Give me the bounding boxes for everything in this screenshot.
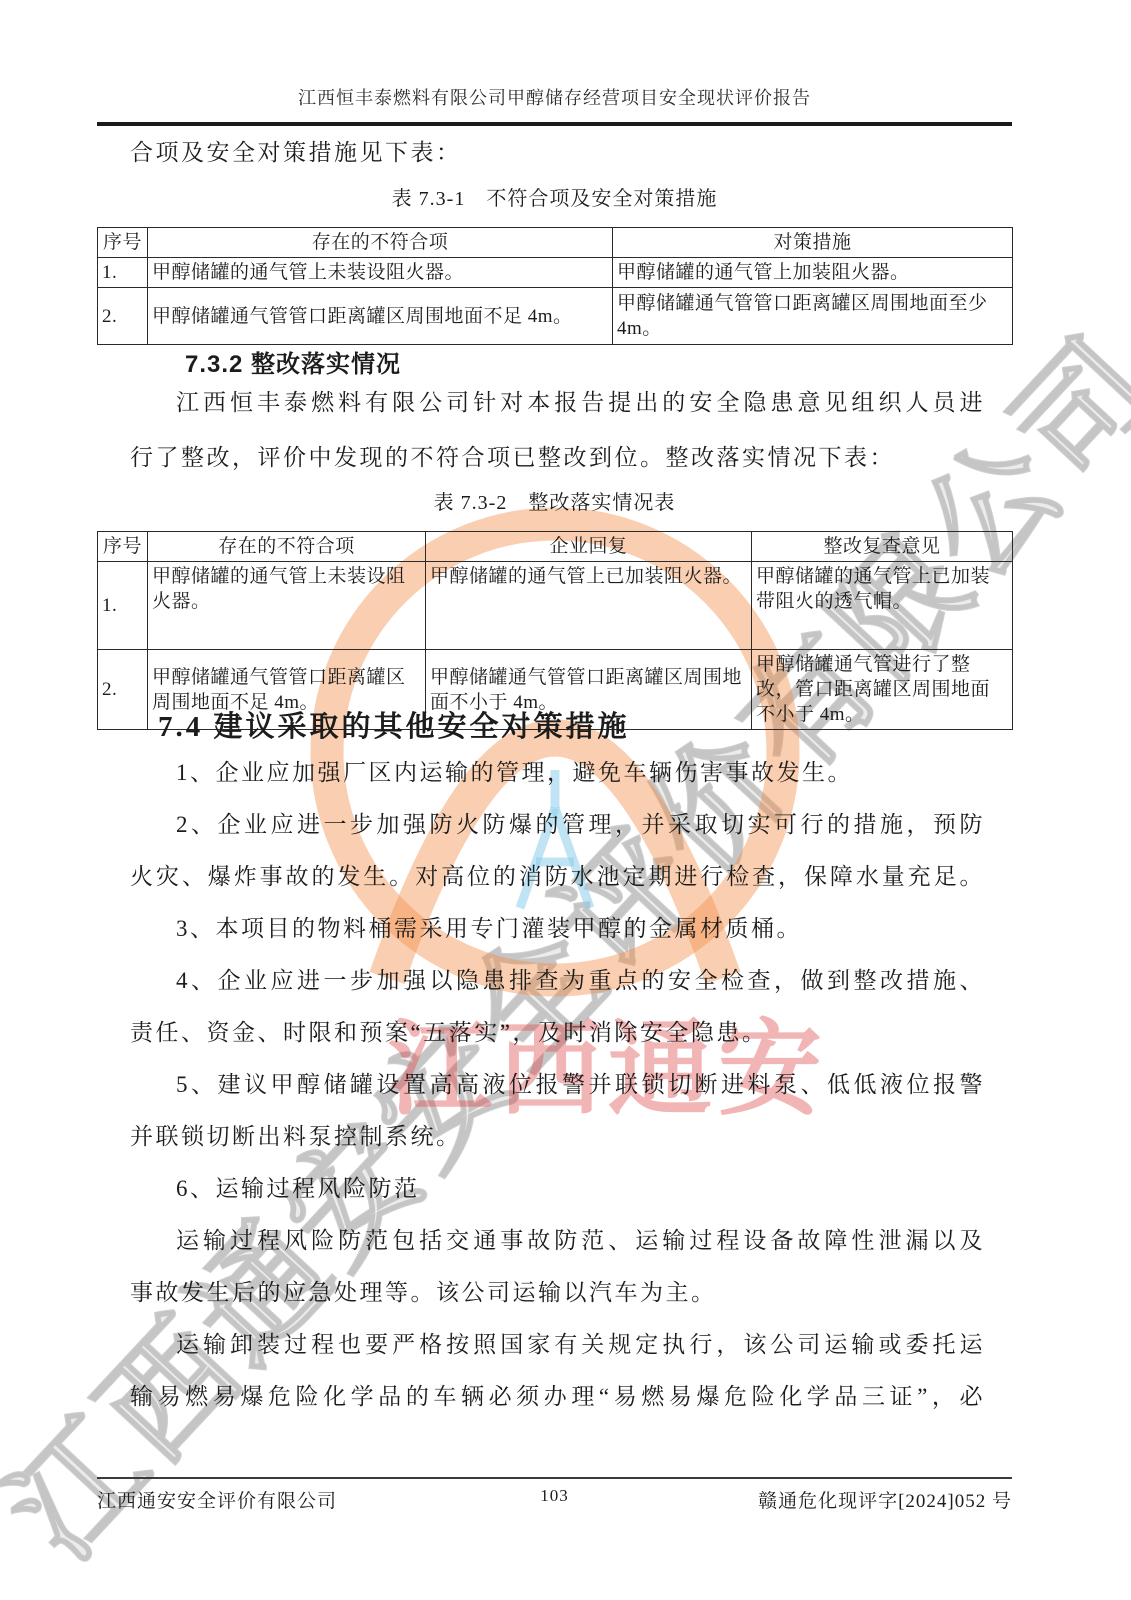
cell-noncompliance: 甲醇储罐的通气管上未装设阻火器。	[148, 562, 426, 650]
section-7-3-2-heading: 7.3.2 整改落实情况	[185, 344, 401, 379]
section-7-4-heading: 7.4 建议采取的其他安全对策措施	[158, 704, 630, 745]
cell-noncompliance: 甲醇储罐通气管管口距离罐区周围地面不足 4m。	[148, 288, 613, 345]
table-row: 1. 甲醇储罐的通气管上未装设阻火器。 甲醇储罐的通气管上已加装阻火器。 甲醇储…	[98, 562, 1013, 650]
table1-caption: 表 7.3-1 不符合项及安全对策措施	[97, 182, 1012, 211]
paragraph-line: 事故发生后的应急处理等。该公司运输以汽车为主。	[130, 1267, 985, 1319]
cell-review-opinion: 甲醇储罐通气管进行了整改，管口距离罐区周围地面不小于 4m。	[752, 650, 1013, 730]
table2-caption: 表 7.3-2 整改落实情况表	[97, 486, 1012, 515]
paragraph-line: 2、企业应进一步加强防火防爆的管理，并采取切实可行的措施，预防	[130, 799, 985, 851]
footer-doc-number: 赣通危化现评字[2024]052 号	[758, 1486, 1012, 1513]
cell-measure: 甲醇储罐通气管管口距离罐区周围地面至少4m。	[613, 288, 1013, 345]
cell-seq: 1.	[98, 258, 148, 288]
page-header-title: 江西恒丰泰燃料有限公司甲醇储存经营项目安全现状评价报告	[97, 84, 1012, 110]
footer-company-name: 江西通安安全评价有限公司	[97, 1486, 337, 1513]
table-noncompliance-measures: 序号 存在的不符合项 对策措施 1. 甲醇储罐的通气管上未装设阻火器。 甲醇储罐…	[97, 227, 1013, 345]
paragraph-line: 6、运输过程风险防范	[130, 1163, 985, 1215]
cell-company-reply: 甲醇储罐的通气管上已加装阻火器。	[426, 562, 752, 650]
cell-measure: 甲醇储罐的通气管上加装阻火器。	[613, 258, 1013, 288]
section-7-3-2-paragraph: 江西恒丰泰燃料有限公司针对本报告提出的安全隐患意见组织人员进 行了整改，评价中发…	[130, 375, 985, 485]
table-row: 1. 甲醇储罐的通气管上未装设阻火器。 甲醇储罐的通气管上加装阻火器。	[98, 258, 1013, 288]
page-content: 江西恒丰泰燃料有限公司甲醇储存经营项目安全现状评价报告 合项及安全对策措施见下表…	[0, 0, 1131, 1600]
header-rule	[97, 122, 1012, 126]
paragraph-line: 输易燃易爆危险化学品的车辆必须办理“易燃易爆危险化学品三证”，必	[130, 1371, 985, 1423]
col-header-company-reply: 企业回复	[426, 532, 752, 562]
table-header-row: 序号 存在的不符合项 对策措施	[98, 228, 1013, 258]
col-header-review-opinion: 整改复查意见	[752, 532, 1013, 562]
col-header-seq: 序号	[98, 532, 148, 562]
intro-line: 合项及安全对策措施见下表：	[130, 130, 985, 176]
paragraph-line: 运输过程风险防范包括交通事故防范、运输过程设备故障性泄漏以及	[130, 1215, 985, 1267]
col-header-measures: 对策措施	[613, 228, 1013, 258]
table-row: 2. 甲醇储罐通气管管口距离罐区周围地面不足 4m。 甲醇储罐通气管管口距离罐区…	[98, 288, 1013, 345]
paragraph-line: 4、企业应进一步加强以隐患排查为重点的安全检查，做到整改措施、	[130, 955, 985, 1007]
paragraph-line: 并联锁切断出料泵控制系统。	[130, 1111, 985, 1163]
cell-seq: 2.	[98, 650, 148, 730]
cell-seq: 2.	[98, 288, 148, 345]
paragraph-line: 5、建议甲醇储罐设置高高液位报警并联锁切断进料泵、低低液位报警	[130, 1059, 985, 1111]
report-page: 江西通安安全评价有限公司 江西通安 江西恒丰泰燃料有限公司甲醇储存经营项目安全现…	[0, 0, 1131, 1600]
cell-noncompliance: 甲醇储罐的通气管上未装设阻火器。	[148, 258, 613, 288]
paragraph-line: 责任、资金、时限和预案“五落实”，及时消除安全隐患。	[130, 1007, 985, 1059]
table-header-row: 序号 存在的不符合项 企业回复 整改复查意见	[98, 532, 1013, 562]
paragraph-line: 运输卸装过程也要严格按照国家有关规定执行，该公司运输或委托运	[130, 1319, 985, 1371]
paragraph-line: 3、本项目的物料桶需采用专门灌装甲醇的金属材质桶。	[130, 903, 985, 955]
paragraph-line: 火灾、爆炸事故的发生。对高位的消防水池定期进行检查，保障水量充足。	[130, 851, 985, 903]
paragraph-line: 1、企业应加强厂区内运输的管理，避免车辆伤害事故发生。	[130, 747, 985, 799]
footer-rule	[97, 1477, 1012, 1479]
paragraph-line: 行了整改，评价中发现的不符合项已整改到位。整改落实情况下表：	[130, 430, 985, 485]
paragraph-line: 江西恒丰泰燃料有限公司针对本报告提出的安全隐患意见组织人员进	[130, 375, 985, 430]
col-header-seq: 序号	[98, 228, 148, 258]
section-7-4-body: 1、企业应加强厂区内运输的管理，避免车辆伤害事故发生。 2、企业应进一步加强防火…	[130, 747, 985, 1423]
col-header-noncompliance: 存在的不符合项	[148, 228, 613, 258]
col-header-noncompliance: 存在的不符合项	[148, 532, 426, 562]
cell-review-opinion: 甲醇储罐的通气管上已加装带阻火的透气帽。	[752, 562, 1013, 650]
table-rectification-status: 序号 存在的不符合项 企业回复 整改复查意见 1. 甲醇储罐的通气管上未装设阻火…	[97, 531, 1013, 730]
cell-seq: 1.	[98, 562, 148, 650]
